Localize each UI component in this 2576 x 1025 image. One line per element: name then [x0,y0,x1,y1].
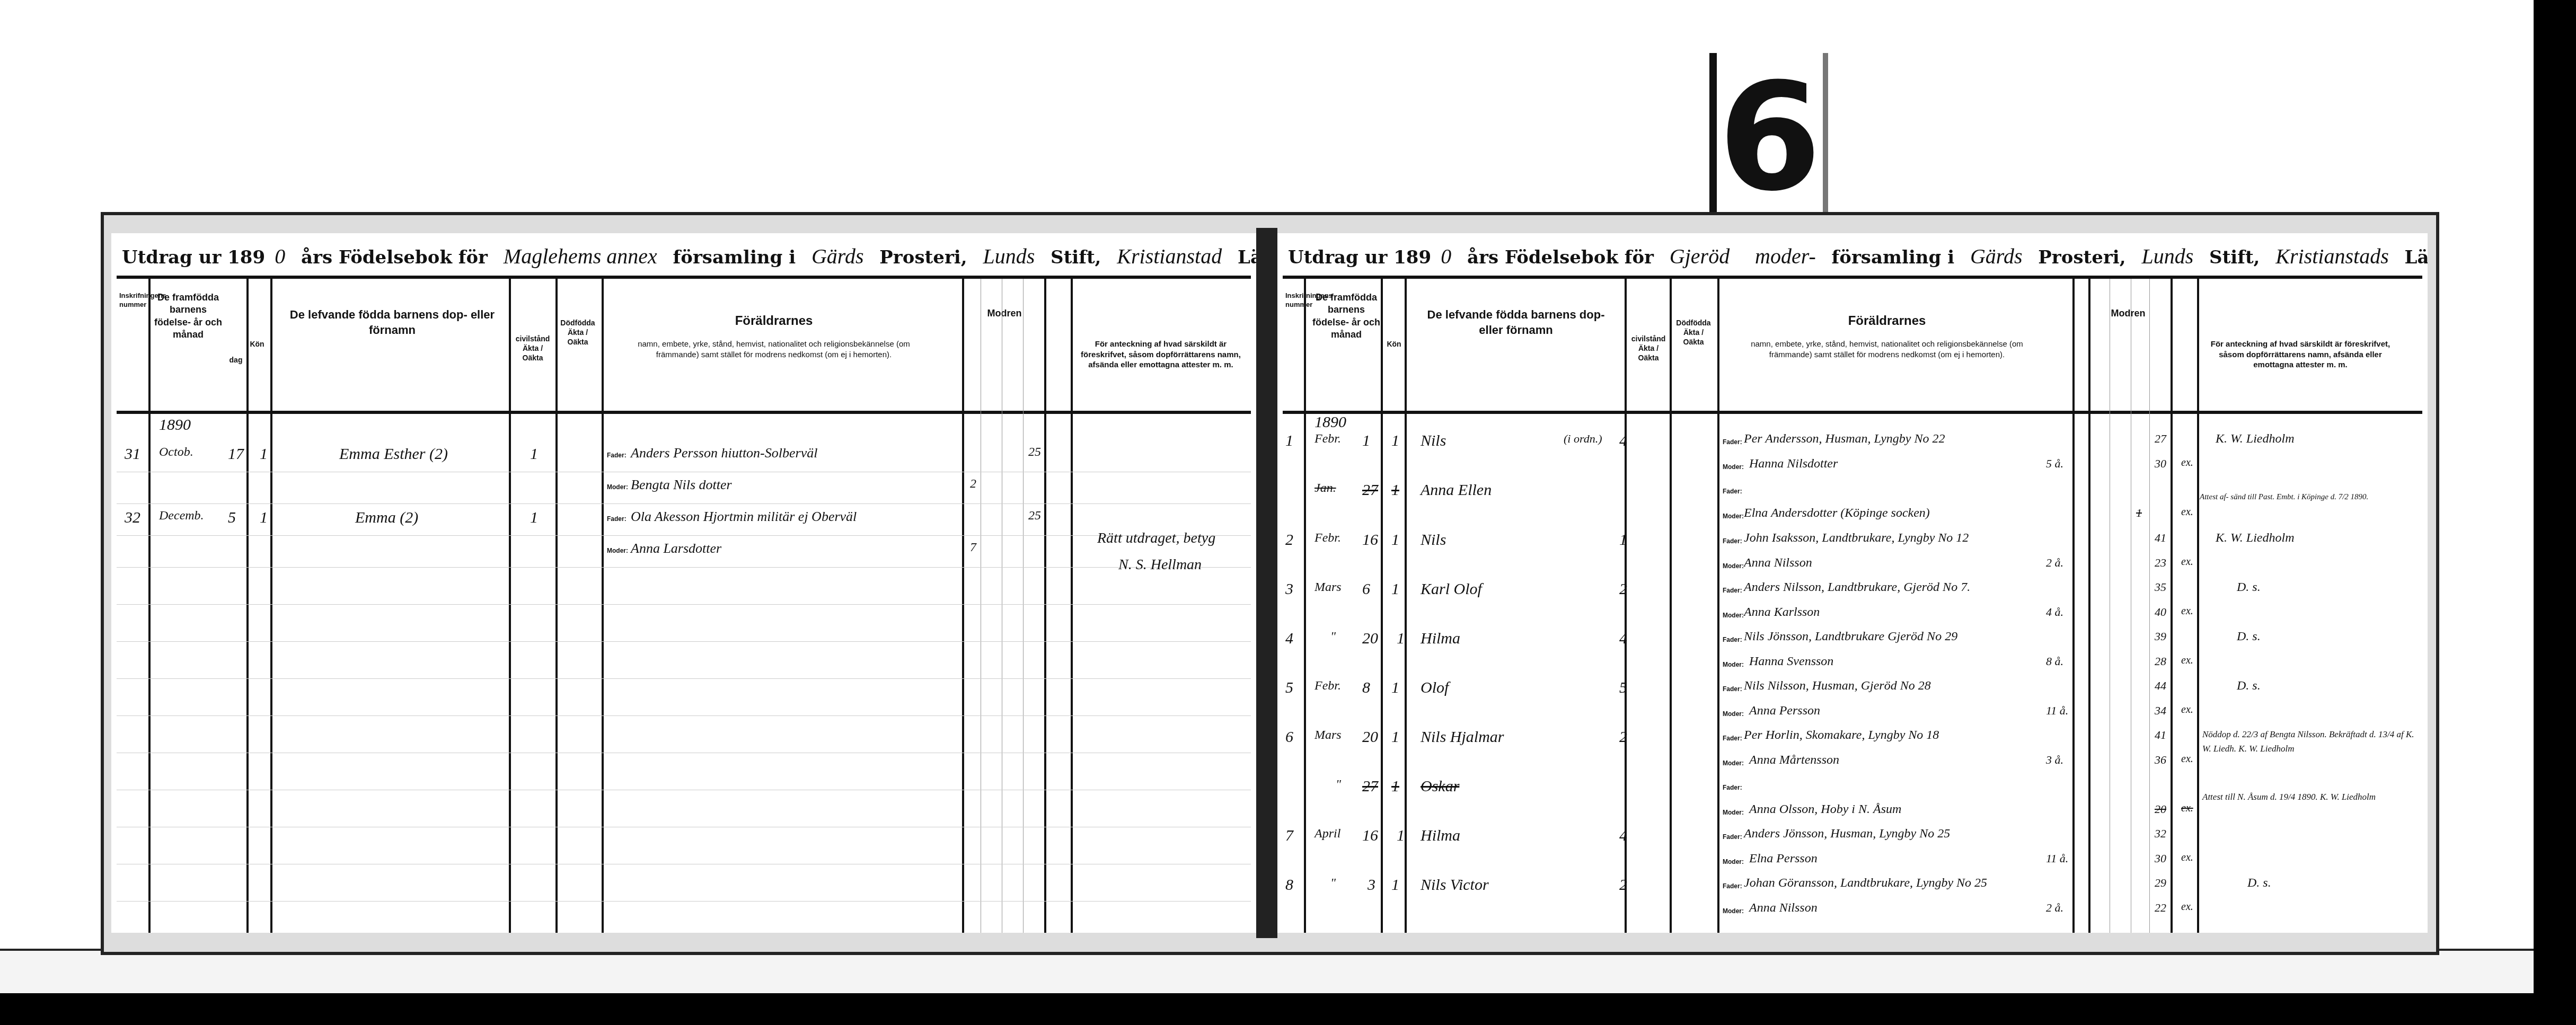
certification-signature: N. S. Hellman [1118,556,1202,573]
ruled-line [117,753,1251,753]
ruled-line [117,790,1251,790]
father-name: Anders Jönsson, Husman, Lyngby No 25 [1744,827,1950,841]
col-parents-description: namn, embete, yrke, stånd, hemvist, nati… [1733,339,2041,360]
mother-name: Anna Mårtensson [1749,753,1839,767]
father-name: Nils Jönsson, Landtbrukare Gjeröd No 29 [1744,630,1957,644]
col-birth-date-header: De framfödda barnens födelse- år och mån… [1309,291,1383,341]
col-divider-thin [1002,279,1002,933]
col-divider [2197,279,2199,933]
ruled-line [117,715,1251,716]
child-name: Anna Ellen [1421,481,1492,499]
col-mother-header: Modren [959,307,1049,320]
col-stillborn-header: Dödfödda Äkta / Oäkta [1672,318,1715,347]
col-notes-header: För anteckning af hvad särskildt är före… [2210,339,2390,370]
father-name: Per Horlin, Skomakare, Lyngby No 18 [1744,728,1939,743]
mother-name: Anna Nilsson [1749,901,1818,915]
ruled-line [117,901,1251,902]
certification-line-1: Rätt utdraget, betyg [1097,530,1215,547]
col-mother-header: Modren [2083,307,2173,320]
officiant-note: K. W. Liedholm [2216,531,2294,545]
officiant-note: D. s. [2237,630,2261,644]
child-name: Emma Esther (2) [339,445,448,463]
officiant-note: D. s. [2247,876,2271,890]
col-divider [1304,279,1306,933]
col-civil-status-header: civilstånd Äkta / Oäkta [511,334,554,363]
father-name: Nils Nilsson, Husman, Gjeröd No 28 [1744,679,1931,693]
page-number-tag: 6 [1709,53,1828,233]
ruled-line [117,503,1251,504]
ruled-line [117,864,1251,864]
district-name: Gärds [1970,244,2023,268]
header-rule-top [1283,276,2422,279]
left-page: Utdrag ur 1890 års Födelsebok för Magleh… [111,233,1256,933]
header-rule-top [117,276,1251,279]
col-divider [2088,279,2090,933]
col-divider-thin [2110,279,2110,933]
parish-name: Gjeröd [1670,244,1730,268]
col-divider [1717,279,1719,933]
book-gutter [1256,228,1277,938]
ruled-line [117,827,1251,827]
ruled-line [117,604,1251,605]
father-name: Per Andersson, Husman, Lyngby No 22 [1744,432,1945,446]
col-child-name-header: De lefvande födda barnens dop- eller för… [1415,307,1617,338]
col-divider [246,279,249,933]
col-divider [1670,279,1672,933]
scan-border-bottom [0,991,2576,1025]
col-divider [509,279,511,933]
officiant-note: Attest till N. Åsum d. 19/4 1890. K. W. … [2202,790,2414,804]
col-day-header: dag [225,355,246,365]
father-name: Johan Göransson, Landtbrukare, Lyngby No… [1744,876,1987,890]
col-divider [555,279,558,933]
col-entry-number-header: Inskrifningens nummer [119,291,146,310]
mother-name: Elna Persson [1749,852,1818,866]
mother-name: Hanna Svensson [1749,655,1833,669]
child-name: Nils Victor [1421,876,1489,894]
mother-name: Anna Larsdotter [631,541,721,556]
col-divider [2171,279,2173,933]
district-name: Gärds [811,244,864,268]
diocese-name: Lunds [2141,244,2193,268]
col-divider [1044,279,1046,933]
col-divider-thin [981,279,981,933]
child-name: Olof [1421,679,1449,697]
county-name: Kristianstads [2275,244,2388,268]
right-page: Utdrag ur 1890 års Födelsebok för Gjeröd… [1277,233,2428,933]
scan-border-right [2534,0,2576,1025]
book-bottom-edge [0,949,2534,993]
child-name: Nils Hjalmar [1421,728,1504,746]
child-name: Karl Olof [1421,580,1482,598]
col-parents-header: Föräldrarnes [1723,313,2051,329]
col-divider [1405,279,1407,933]
col-birth-date-header: De framfödda barnens födelse- år och mån… [151,291,225,341]
father-name: Anders Nilsson, Landtbrukare, Gjeröd No … [1744,580,1970,595]
col-divider [962,279,964,933]
officiant-note: K. W. Liedholm [2216,432,2294,446]
col-civil-status-header: civilstånd Äkta / Oäkta [1627,334,1670,363]
child-name: Nils [1421,531,1446,549]
col-divider [1071,279,1073,933]
officiant-note: Nöddop d. 22/3 af Bengta Nilsson. Bekräf… [2202,727,2414,756]
mother-name: Anna Persson [1749,704,1820,718]
col-notes-header: För anteckning af hvad särskildt är före… [1076,339,1246,370]
mother-name: Anna Olsson, Hoby i N. Åsum [1749,802,1901,817]
col-divider-thin [2131,279,2131,933]
header-rule-bottom [117,411,1251,414]
father-name: Ola Akesson Hjortmin militär ej Oberväl [631,509,857,525]
col-entry-number-header: Inskrifningens nummer [1285,291,1307,310]
child-name: Hilma [1421,827,1460,845]
father-name: Anders Persson hiutton-Solberväl [631,445,817,461]
header-rule-bottom [1283,411,2422,414]
col-divider-thin [2149,279,2150,933]
col-divider-thin [1023,279,1024,933]
officiant-note: Attest af- sänd till Past. Embt. i Köpin… [2200,493,2422,502]
ruled-line [117,641,1251,642]
left-page-title: Utdrag ur 1890 års Födelsebok för Magleh… [122,244,1256,269]
col-sex-header: Kön [246,339,268,349]
ruled-line [117,472,1251,472]
col-parents-description: namn, embete, yrke, stånd, hemvist, nati… [620,339,928,360]
child-name: Oskar [1421,777,1459,796]
col-divider [270,279,272,933]
mother-name: Bengta Nils dotter [631,477,732,493]
col-stillborn-header: Dödfödda Äkta / Oäkta [557,318,599,347]
diocese-name: Lunds [983,244,1035,268]
mother-name: Elna Andersdotter (Köpinge socken) [1744,506,1930,520]
officiant-note: D. s. [2237,580,2261,595]
father-name: John Isaksson, Landtbrukare, Lyngby No 1… [1744,531,1969,545]
col-child-name-header: De lefvande födda barnens dop- eller för… [281,307,504,338]
mother-name: Anna Nilsson [1744,556,1812,570]
col-divider [2072,279,2075,933]
col-divider [602,279,604,933]
mother-name: Anna Karlsson [1744,605,1820,620]
child-name: Hilma [1421,630,1460,648]
ruled-line [117,535,1251,536]
child-name: Emma (2) [355,509,418,527]
col-divider [148,279,151,933]
parish-name: Maglehems annex [504,244,657,268]
right-page-title: Utdrag ur 1890 års Födelsebok för Gjeröd… [1288,244,2428,269]
officiant-note: D. s. [2237,679,2261,693]
col-sex-header: Kön [1383,339,1405,349]
col-parents-header: Föräldrarnes [610,313,938,329]
mother-name: Hanna Nilsdotter [1749,457,1838,471]
col-divider [1381,279,1383,933]
page-number: 6 [1717,58,1823,217]
county-name: Kristianstad [1117,244,1222,268]
ruled-line [117,567,1251,568]
ruled-line [117,678,1251,679]
child-name: Nils [1421,432,1446,450]
